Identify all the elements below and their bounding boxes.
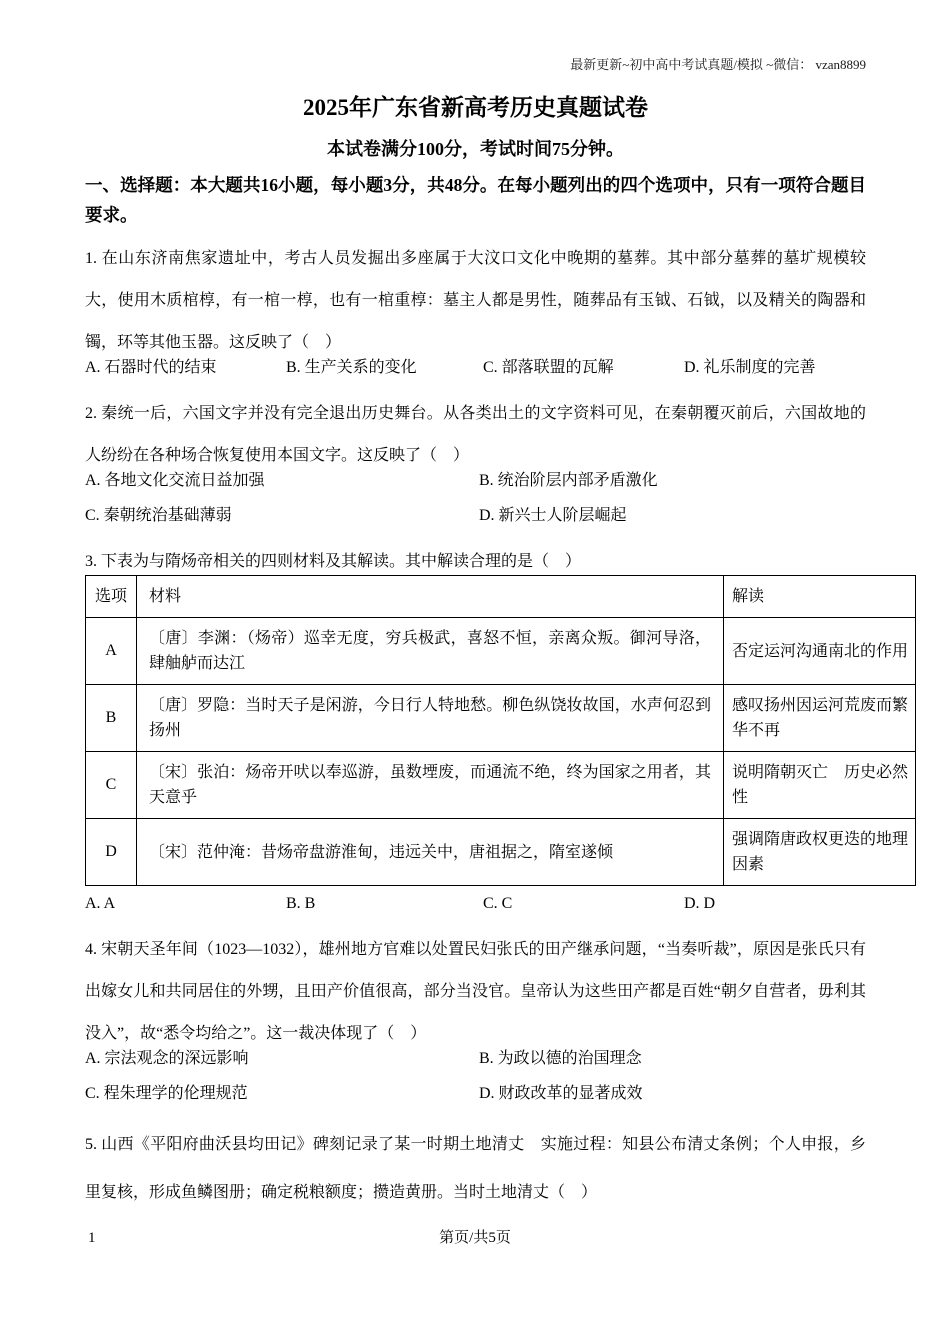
question-1-options: A. 石器时代的结束 B. 生产关系的变化 C. 部落联盟的瓦解 D. 礼乐制度… bbox=[85, 350, 866, 385]
exam-document-page: 最新更新~初中高中考试真题/模拟 ~微信： vzan8899 2025年广东省新… bbox=[0, 0, 950, 1344]
question-4-options-row-2: C. 程朱理学的伦理规范 D. 财政改革的显著成效 bbox=[85, 1076, 866, 1111]
footer-page-info: 第页/共5页 bbox=[439, 1230, 511, 1246]
q3-row-c-material: 〔宋〕张泊：炀帝开吠以奉巡游，虽数堙废，而通流不绝，终为国家之用者，其天意乎 bbox=[137, 752, 724, 819]
q1-option-c: C. 部落联盟的瓦解 bbox=[483, 350, 680, 385]
question-1-stem: 1. 在山东济南焦家遗址中，考古人员发掘出多座属于大汶口文化中晚期的墓葬。其中部… bbox=[85, 238, 866, 364]
q3-row-c-interpretation: 说明隋朝灭亡 历史必然性 bbox=[724, 752, 916, 819]
q3-option-d: D. D bbox=[684, 886, 715, 921]
page-content: 最新更新~初中高中考试真题/模拟 ~微信： vzan8899 2025年广东省新… bbox=[0, 0, 950, 1217]
q2-option-a: A. 各地文化交流日益加强 bbox=[85, 463, 475, 498]
q3-table-row-d: D 〔宋〕范仲淹：昔炀帝盘游淮甸，违远关中，唐祖据之，隋室遂倾 强调隋唐政权更迭… bbox=[86, 819, 916, 886]
q3-row-a-material: 〔唐〕李渊：（炀帝）巡幸无度，穷兵极武，喜怒不恒，亲离众叛。御河导洛，肆舳舻而达… bbox=[137, 618, 724, 685]
q4-option-c: C. 程朱理学的伦理规范 bbox=[85, 1076, 475, 1111]
question-4-options-row-1: A. 宗法观念的深远影响 B. 为政以德的治国理念 bbox=[85, 1041, 866, 1076]
q1-option-b: B. 生产关系的变化 bbox=[286, 350, 479, 385]
q3-row-b-interpretation: 感叹扬州因运河荒废而繁华不再 bbox=[724, 685, 916, 752]
header-promo-text: 最新更新~初中高中考试真题/模拟 ~微信： vzan8899 bbox=[85, 56, 866, 74]
q3-header-interpretation: 解读 bbox=[724, 576, 916, 618]
q3-row-a-interpretation: 否定运河沟通南北的作用 bbox=[724, 618, 916, 685]
q3-row-a-option: A bbox=[86, 618, 137, 685]
footer-page-number: 1 bbox=[88, 1228, 96, 1248]
page-footer: 1 第页/共5页 bbox=[0, 1228, 950, 1248]
q4-option-b: B. 为政以德的治国理念 bbox=[479, 1041, 642, 1076]
exam-title: 2025年广东省新高考历史真题试卷 bbox=[85, 94, 866, 122]
q3-table-row-a: A 〔唐〕李渊：（炀帝）巡幸无度，穷兵极武，喜怒不恒，亲离众叛。御河导洛，肆舳舻… bbox=[86, 618, 916, 685]
q3-row-b-option: B bbox=[86, 685, 137, 752]
q3-option-a: A. A bbox=[85, 886, 282, 921]
q3-option-c: C. C bbox=[483, 886, 680, 921]
q3-row-d-interpretation: 强调隋唐政权更迭的地理因素 bbox=[724, 819, 916, 886]
q3-row-d-option: D bbox=[86, 819, 137, 886]
q2-option-b: B. 统治阶层内部矛盾激化 bbox=[479, 463, 658, 498]
q3-row-c-option: C bbox=[86, 752, 137, 819]
exam-score-time: 本试卷满分100分，考试时间75分钟。 bbox=[85, 138, 866, 160]
q1-option-a: A. 石器时代的结束 bbox=[85, 350, 282, 385]
q3-row-d-material: 〔宋〕范仲淹：昔炀帝盘游淮甸，违远关中，唐祖据之，隋室遂倾 bbox=[137, 819, 724, 886]
q2-option-c: C. 秦朝统治基础薄弱 bbox=[85, 498, 475, 533]
question-4-stem: 4. 宋朝天圣年间（1023—1032），雄州地方官难以处置民妇张氏的田产继承问… bbox=[85, 929, 866, 1055]
q3-table-row-b: B 〔唐〕罗隐：当时天子是闲游，今日行人特地愁。柳色纵饶妆故国，水声何忍到扬州 … bbox=[86, 685, 916, 752]
section-1-heading: 一、选择题：本大题共16小题，每小题3分，共48分。在每小题列出的四个选项中，只… bbox=[85, 170, 866, 230]
q3-table-row-c: C 〔宋〕张泊：炀帝开吠以奉巡游，虽数堙废，而通流不绝，终为国家之用者，其天意乎… bbox=[86, 752, 916, 819]
question-3-options: A. A B. B C. C D. D bbox=[85, 886, 866, 921]
question-2-options-row-2: C. 秦朝统治基础薄弱 D. 新兴士人阶层崛起 bbox=[85, 498, 866, 533]
q1-option-d: D. 礼乐制度的完善 bbox=[684, 350, 816, 385]
question-5-stem: 5. 山西《平阳府曲沃县均田记》碑刻记录了某一时期土地清丈 实施过程：知县公布清… bbox=[85, 1121, 866, 1217]
q4-option-d: D. 财政改革的显著成效 bbox=[479, 1076, 643, 1111]
q3-row-b-material: 〔唐〕罗隐：当时天子是闲游，今日行人特地愁。柳色纵饶妆故国，水声何忍到扬州 bbox=[137, 685, 724, 752]
q3-materials-table: 选项 材料 解读 A 〔唐〕李渊：（炀帝）巡幸无度，穷兵极武，喜怒不恒，亲离众叛… bbox=[85, 575, 916, 886]
question-2-options-row-1: A. 各地文化交流日益加强 B. 统治阶层内部矛盾激化 bbox=[85, 463, 866, 498]
q2-option-d: D. 新兴士人阶层崛起 bbox=[479, 498, 627, 533]
q3-option-b: B. B bbox=[286, 886, 479, 921]
q4-option-a: A. 宗法观念的深远影响 bbox=[85, 1041, 475, 1076]
